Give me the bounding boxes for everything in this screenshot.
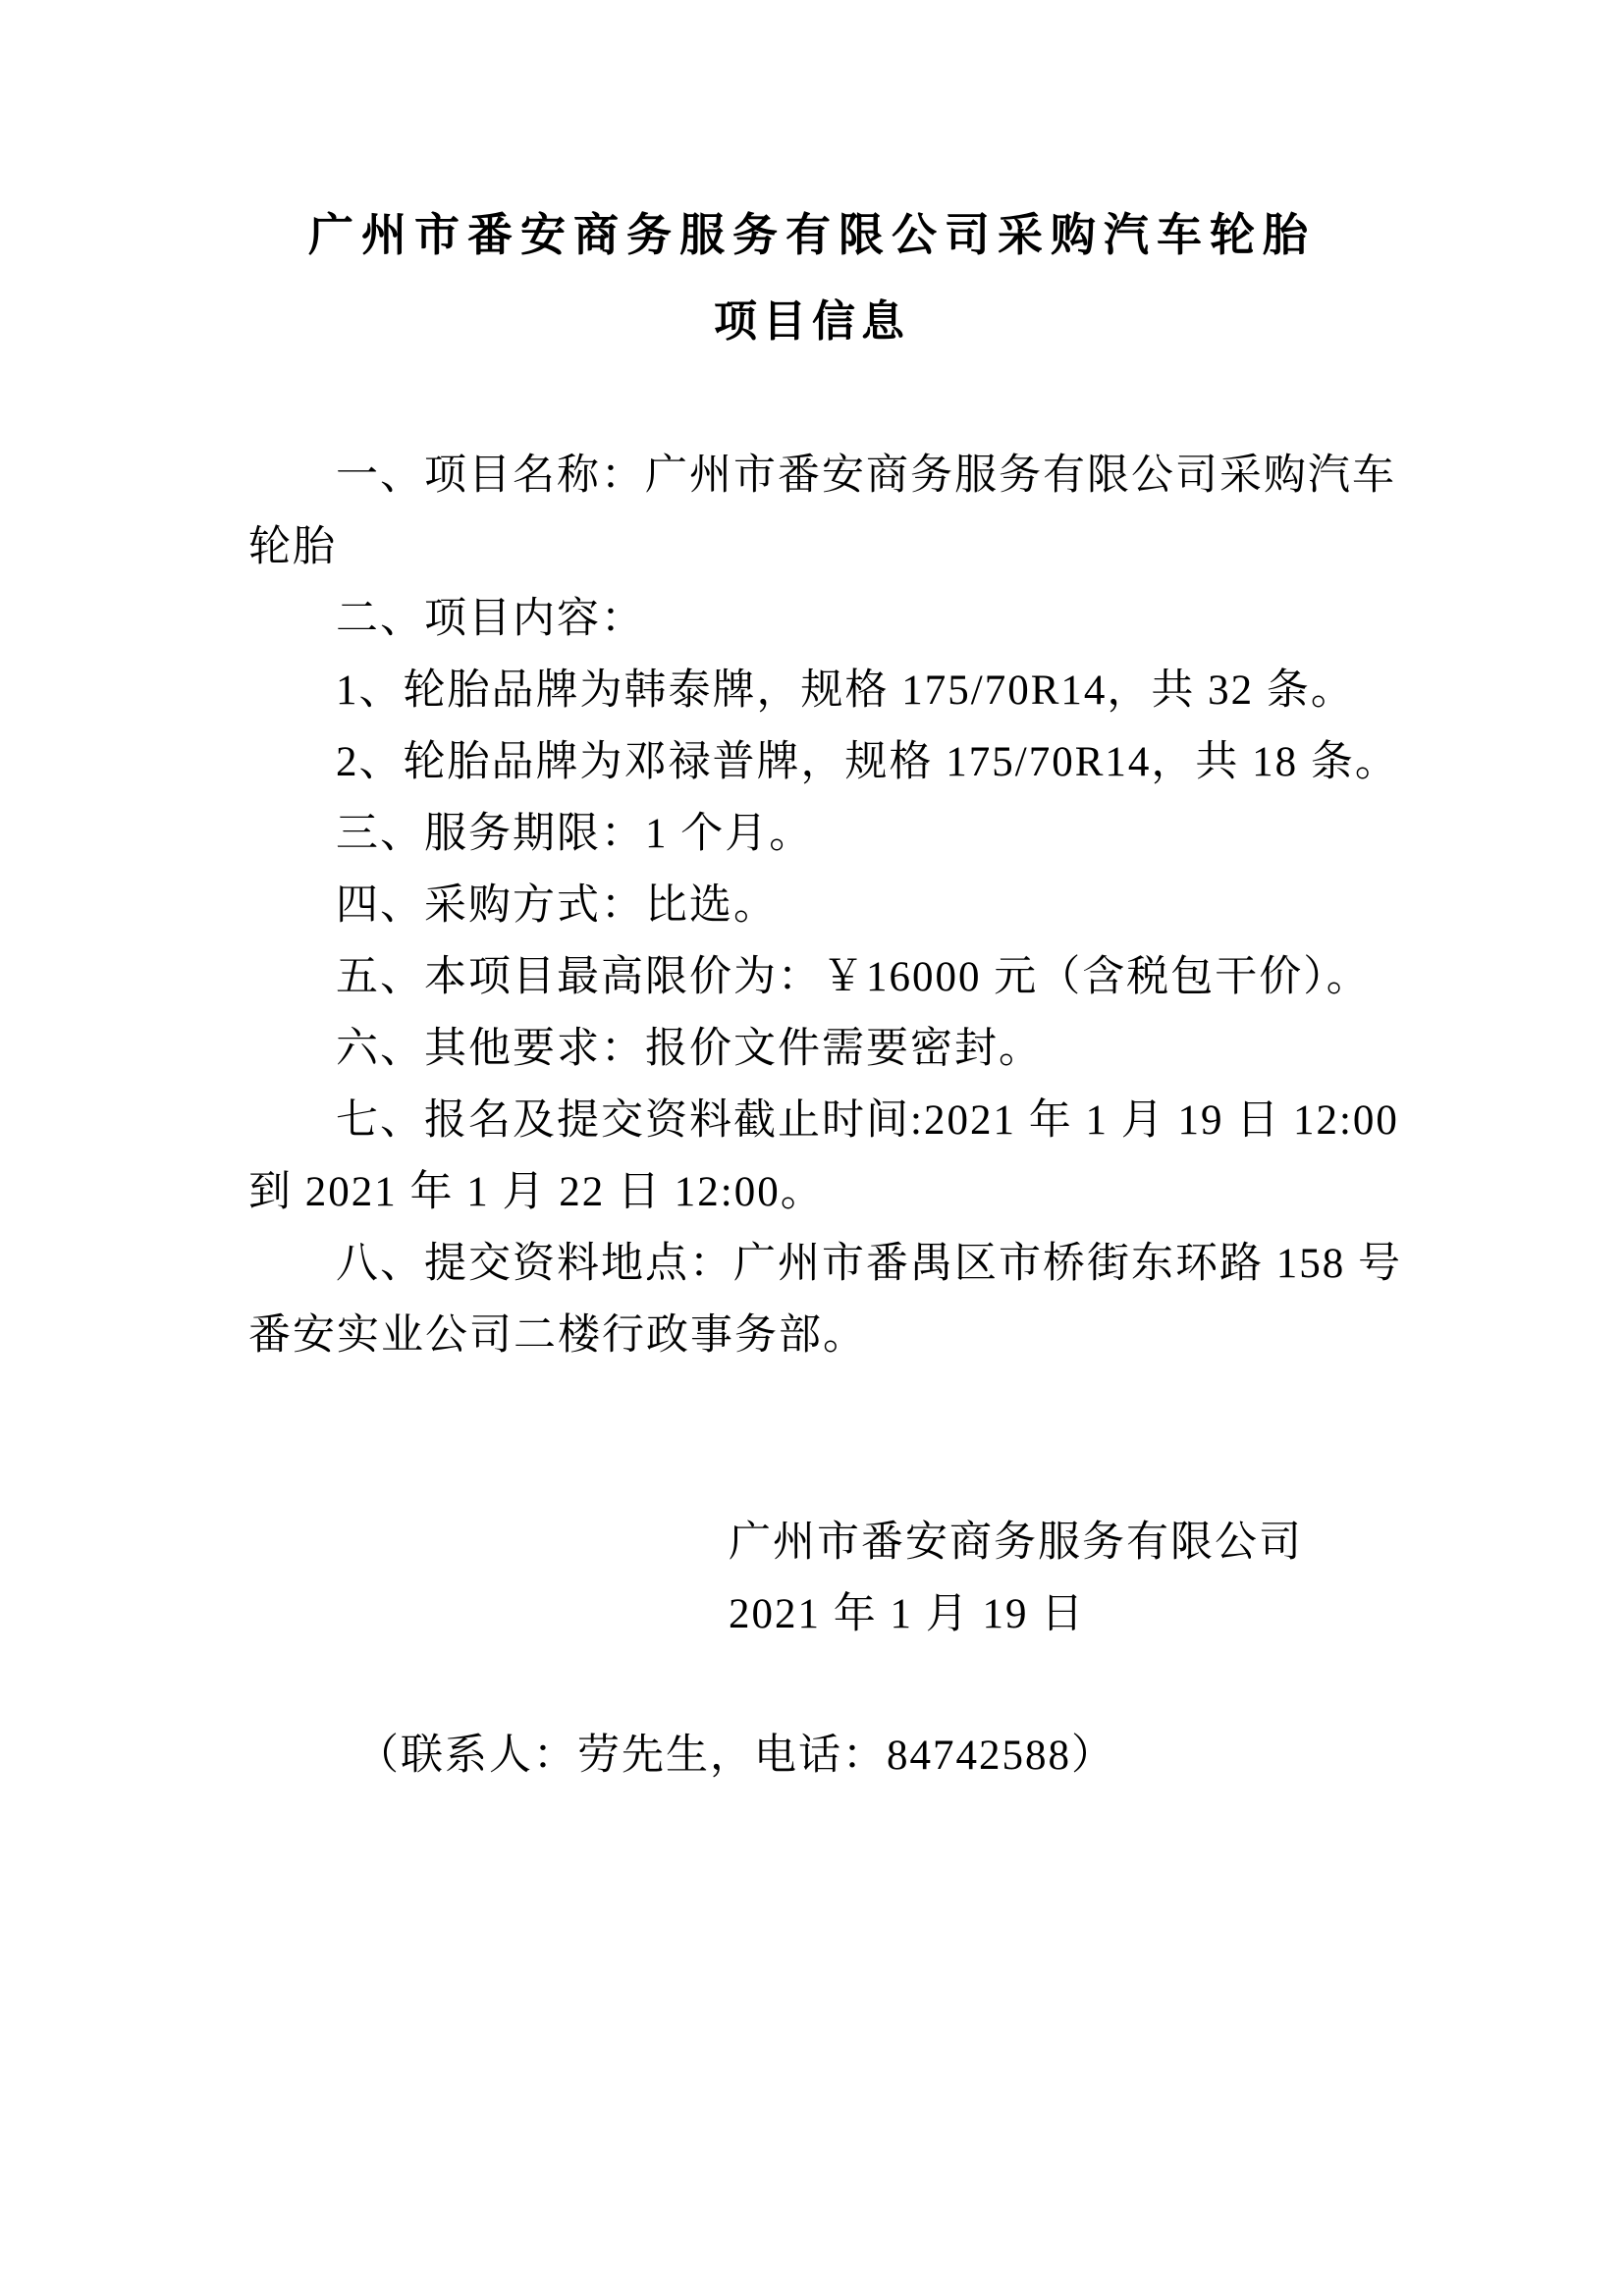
signature-company: 广州市番安商务服务有限公司 bbox=[729, 1507, 1303, 1578]
body-line: 番安实业公司二楼行政事务部。 bbox=[248, 1300, 1417, 1371]
contact-block: （联系人：劳先生，电话：84742588） bbox=[356, 1720, 1115, 1791]
body-line: 六、其他要求：报价文件需要密封。 bbox=[248, 1013, 1417, 1085]
body-line: 到 2021 年 1 月 22 日 12:00。 bbox=[248, 1156, 1417, 1228]
body-line: 轮胎 bbox=[248, 511, 1417, 583]
signature-date: 2021 年 1 月 19 日 bbox=[729, 1578, 1303, 1650]
document-subtitle: 项目信息 bbox=[0, 296, 1624, 347]
signature-block: 广州市番安商务服务有限公司 2021 年 1 月 19 日 bbox=[729, 1507, 1303, 1650]
document-body: 一、项目名称：广州市番安商务服务有限公司采购汽车 轮胎 二、项目内容： 1、轮胎… bbox=[248, 440, 1417, 1371]
document-page: 广州市番安商务服务有限公司采购汽车轮胎 项目信息 一、项目名称：广州市番安商务服… bbox=[0, 0, 1624, 2296]
document-title: 广州市番安商务服务有限公司采购汽车轮胎 bbox=[0, 208, 1624, 261]
contact-line: （联系人：劳先生，电话：84742588） bbox=[356, 1720, 1115, 1791]
body-line: 八、提交资料地点：广州市番禺区市桥街东环路 158 号 bbox=[248, 1228, 1417, 1300]
body-line: 一、项目名称：广州市番安商务服务有限公司采购汽车 bbox=[248, 440, 1417, 511]
body-line: 二、项目内容： bbox=[248, 583, 1417, 655]
body-line: 七、报名及提交资料截止时间:2021 年 1 月 19 日 12:00 bbox=[248, 1085, 1417, 1156]
body-line: 五、本项目最高限价为：￥16000 元（含税包干价）。 bbox=[248, 941, 1417, 1013]
body-line: 2、轮胎品牌为邓禄普牌，规格 175/70R14，共 18 条。 bbox=[248, 726, 1417, 798]
body-line: 四、采购方式：比选。 bbox=[248, 870, 1417, 941]
body-line: 三、服务期限：1 个月。 bbox=[248, 798, 1417, 870]
body-line: 1、轮胎品牌为韩泰牌，规格 175/70R14，共 32 条。 bbox=[248, 655, 1417, 726]
